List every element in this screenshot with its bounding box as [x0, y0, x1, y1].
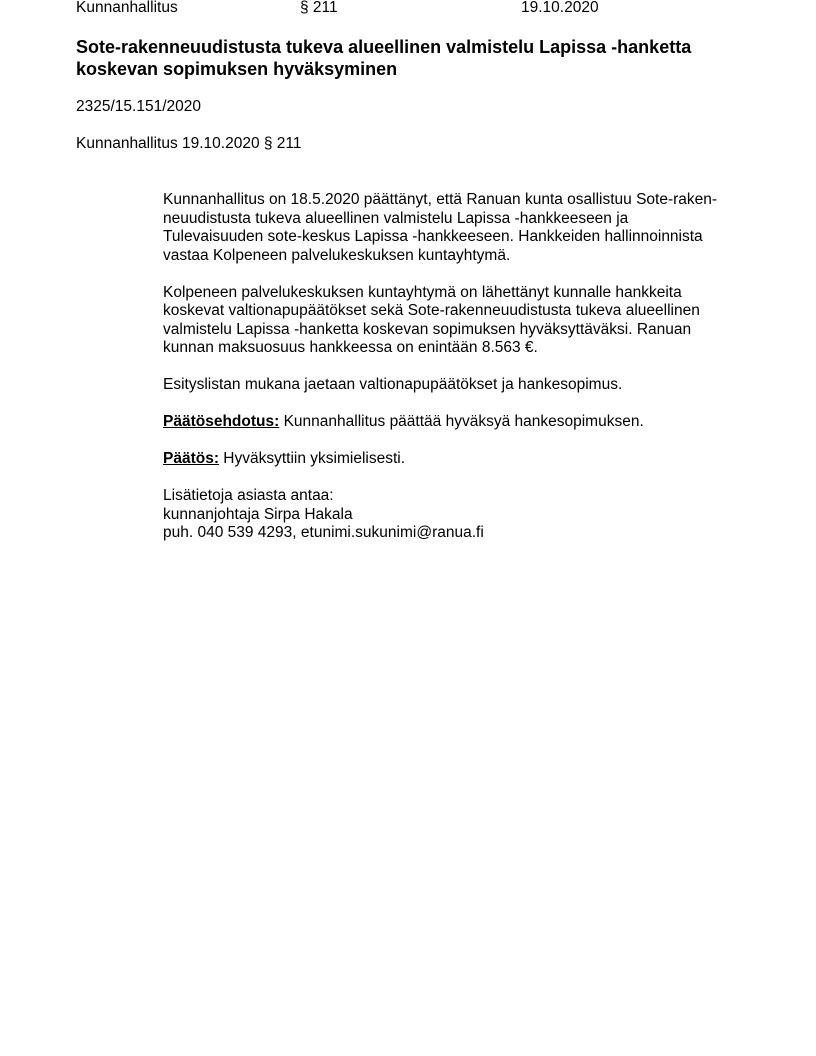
contact-person: kunnanjohtaja Sirpa Hakala [163, 506, 753, 525]
decision-text: Hyväksyttiin yksimielisesti. [219, 450, 405, 467]
contact-intro: Lisätietoja asiasta antaa: [163, 487, 753, 506]
paragraph-details: Kolpeneen palvelukeskuksen kuntayhtymä o… [163, 284, 753, 358]
header-section-number: § 211 [300, 0, 338, 18]
paragraph-attachments: Esityslistan mukana jaetaan valtionapupä… [163, 376, 753, 395]
diary-number: 2325/15.151/2020 [76, 97, 201, 117]
document-title: Sote-rakenneuudistusta tukeva alueelline… [76, 36, 776, 80]
proposal-label: Päätösehdotus: [163, 413, 279, 430]
decision-label: Päätös: [163, 450, 219, 467]
proposal-text: Kunnanhallitus päättää hyväksyä hankesop… [279, 413, 644, 430]
contact-details: puh. 040 539 4293, etunimi.sukunimi@ranu… [163, 524, 753, 543]
decision-proposal: Päätösehdotus: Kunnanhallitus päättää hy… [163, 413, 753, 432]
contact-info: Lisätietoja asiasta antaa: kunnanjohtaja… [163, 487, 753, 543]
meeting-line: Kunnanhallitus 19.10.2020 § 211 [76, 134, 302, 154]
header-date: 19.10.2020 [521, 0, 599, 18]
decision: Päätös: Hyväksyttiin yksimielisesti. [163, 450, 753, 469]
document-header: Kunnanhallitus § 211 19.10.2020 [76, 0, 776, 18]
paragraph-background: Kunnanhallitus on 18.5.2020 päättänyt, e… [163, 191, 753, 265]
document-body: Kunnanhallitus on 18.5.2020 päättänyt, e… [163, 191, 753, 543]
header-body-name: Kunnanhallitus [76, 0, 178, 18]
